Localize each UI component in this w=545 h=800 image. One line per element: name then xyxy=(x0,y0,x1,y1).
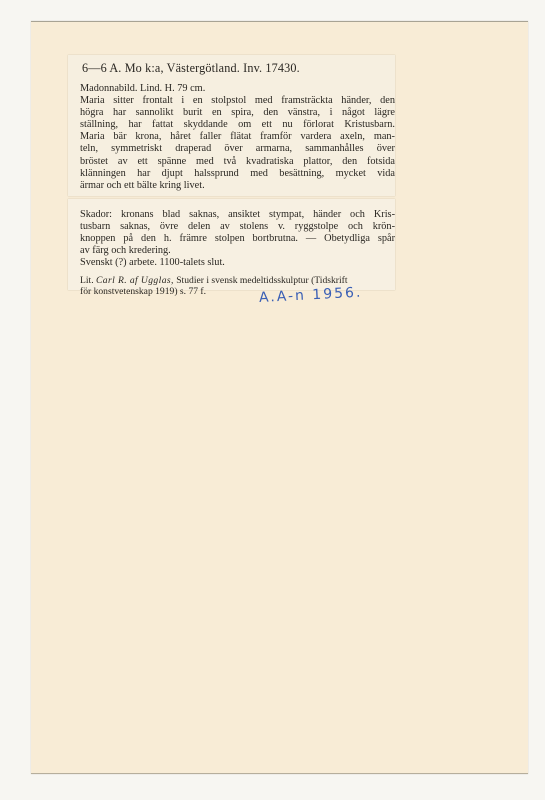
description-line: teln, symmetriskt draperad över armarna,… xyxy=(80,143,395,155)
damage-line: Skador: kronans blad saknas, ansiktet st… xyxy=(80,209,395,221)
description-line: Madonnabild. Lind. H. 79 cm. xyxy=(80,83,395,95)
description-text: Madonnabild. Lind. H. 79 cm. Maria sitte… xyxy=(80,83,395,192)
literature-author: Carl R. af Ugglas, xyxy=(96,275,174,286)
description-line: Maria sitter frontalt i en stolpstol med… xyxy=(80,95,395,107)
description-line: bröstet av ett spänne med två kvadratisk… xyxy=(80,156,395,168)
description-line: ärmar och ett bälte kring livet. xyxy=(80,180,395,192)
description-line: klänningen har djupt halssprund med besä… xyxy=(80,168,395,180)
description-line: Maria bär krona, håret faller flätat fra… xyxy=(80,131,395,143)
catalog-heading: 6—6 A. Mo k:a, Västergötland. Inv. 17430… xyxy=(82,61,300,76)
literature-title: Studier i svensk medeltidsskulptur (Tids… xyxy=(174,275,348,286)
description-line: högra har sannolikt burit en spira, den … xyxy=(80,107,395,119)
catalog-card-description: 6—6 A. Mo k:a, Västergötland. Inv. 17430… xyxy=(68,55,395,196)
damage-line: tusbarn saknas, övre delen av stolens v.… xyxy=(80,221,395,233)
damage-text: Skador: kronans blad saknas, ansiktet st… xyxy=(80,209,395,269)
description-line: ställning, har fattat skyddande om ett n… xyxy=(80,119,395,131)
damage-line: knoppen på den h. främre stolpen bortbru… xyxy=(80,233,395,245)
literature-prefix: Lit. xyxy=(80,275,96,286)
damage-line: av färg och kredering. xyxy=(80,245,395,257)
